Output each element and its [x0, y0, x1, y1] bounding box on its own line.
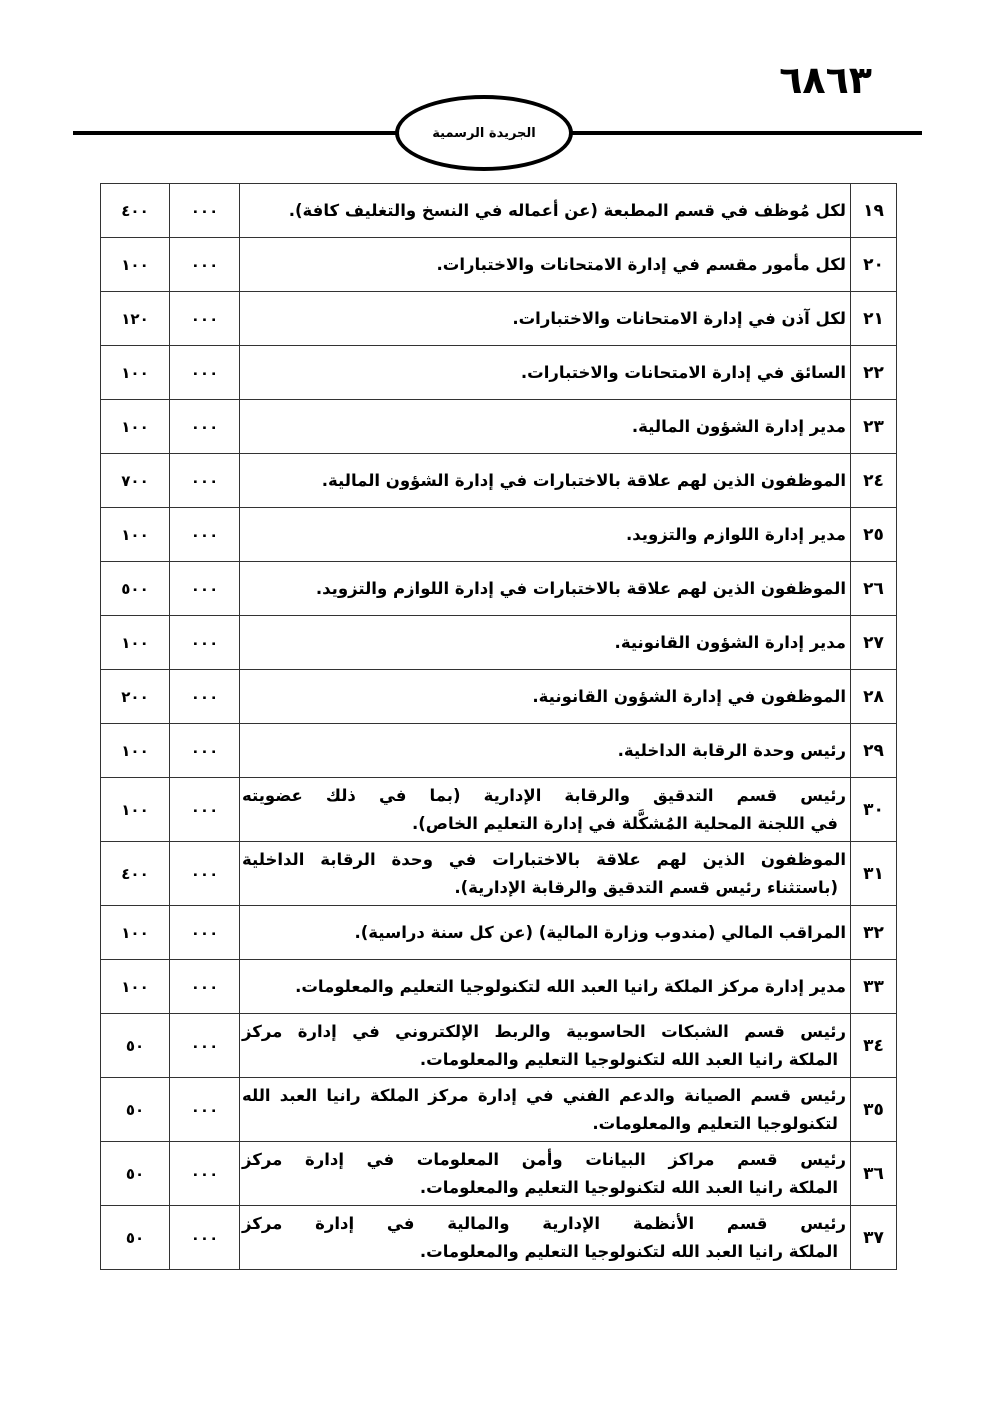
row-number: ٣١	[851, 842, 897, 906]
table-row: ٣٣مدير إدارة مركز الملكة رانيا العبد الل…	[101, 960, 897, 1014]
description-line-1: الموظفون الذين لهم علاقة بالاختبارات في …	[242, 846, 846, 874]
amount-fils: ٠٠٠	[170, 906, 240, 960]
row-description: السائق في إدارة الامتحانات والاختبارات.	[240, 346, 851, 400]
description-line-1: الموظفون الذين لهم علاقة بالاختبارات في …	[316, 579, 846, 598]
amount-fils: ٠٠٠	[170, 616, 240, 670]
table-row: ٣٧رئيس قسم الأنظمة الإدارية والمالية في …	[101, 1206, 897, 1270]
table-row: ٣٠رئيس قسم التدقيق والرقابة الإدارية (بم…	[101, 778, 897, 842]
row-number: ٢٣	[851, 400, 897, 454]
amount-fils: ٠٠٠	[170, 670, 240, 724]
table-row: ٢٨الموظفون في إدارة الشؤون القانونية.٠٠٠…	[101, 670, 897, 724]
table-row: ٣٦رئيس قسم مراكز البيانات وأمن المعلومات…	[101, 1142, 897, 1206]
row-number: ٣٤	[851, 1014, 897, 1078]
description-line-2: لتكنولوجيا التعليم والمعلومات.	[242, 1110, 846, 1138]
row-description: مدير إدارة اللوازم والتزويد.	[240, 508, 851, 562]
amount-fils: ٠٠٠	[170, 400, 240, 454]
description-line-1: رئيس قسم الأنظمة الإدارية والمالية في إد…	[242, 1210, 846, 1238]
table-row: ٢٧مدير إدارة الشؤون القانونية.٠٠٠١٠٠	[101, 616, 897, 670]
description-line-1: لكل مُوظف في قسم المطبعة (عن أعماله في ا…	[289, 201, 846, 220]
row-number: ٣٢	[851, 906, 897, 960]
row-description: رئيس وحدة الرقابة الداخلية.	[240, 724, 851, 778]
amount-dinar: ١٠٠	[101, 906, 170, 960]
description-line-1: رئيس قسم الصيانة والدعم الفني في إدارة م…	[242, 1082, 846, 1110]
description-line-1: المراقب المالي (مندوب وزارة المالية) (عن…	[354, 923, 846, 942]
amount-fils: ٠٠٠	[170, 842, 240, 906]
row-number: ٣٦	[851, 1142, 897, 1206]
table-row: ٢٣مدير إدارة الشؤون المالية.٠٠٠١٠٠	[101, 400, 897, 454]
row-number: ٢٢	[851, 346, 897, 400]
amount-dinar: ٤٠٠	[101, 184, 170, 238]
row-description: الموظفون الذين لهم علاقة بالاختبارات في …	[240, 562, 851, 616]
amount-dinar: ٥٠٠	[101, 562, 170, 616]
description-line-1: السائق في إدارة الامتحانات والاختبارات.	[521, 363, 846, 382]
row-number: ٣٣	[851, 960, 897, 1014]
fees-table: ١٩لكل مُوظف في قسم المطبعة (عن أعماله في…	[100, 183, 897, 1270]
amount-fils: ٠٠٠	[170, 960, 240, 1014]
row-number: ٣٥	[851, 1078, 897, 1142]
row-description: الموظفون الذين لهم علاقة بالاختبارات في …	[240, 842, 851, 906]
amount-dinar: ٧٠٠	[101, 454, 170, 508]
amount-dinar: ١٠٠	[101, 778, 170, 842]
row-number: ٢٦	[851, 562, 897, 616]
row-number: ٣٧	[851, 1206, 897, 1270]
description-line-2: (باستثناء رئيس قسم التدقيق والرقابة الإد…	[242, 874, 846, 902]
row-description: مدير إدارة مركز الملكة رانيا العبد الله …	[240, 960, 851, 1014]
description-line-1: لكل آذن في إدارة الامتحانات والاختبارات.	[512, 309, 846, 328]
amount-fils: ٠٠٠	[170, 1142, 240, 1206]
amount-fils: ٠٠٠	[170, 1206, 240, 1270]
amount-dinar: ٥٠	[101, 1206, 170, 1270]
table-row: ٢٠لكل مأمور مقسم في إدارة الامتحانات وال…	[101, 238, 897, 292]
amount-fils: ٠٠٠	[170, 184, 240, 238]
row-description: رئيس قسم الشبكات الحاسوبية والربط الإلكت…	[240, 1014, 851, 1078]
amount-dinar: ١٠٠	[101, 238, 170, 292]
amount-fils: ٠٠٠	[170, 1014, 240, 1078]
gazette-title: الجريدة الرسمية	[432, 126, 536, 141]
table-row: ٢٩رئيس وحدة الرقابة الداخلية.٠٠٠١٠٠	[101, 724, 897, 778]
amount-dinar: ٥٠	[101, 1142, 170, 1206]
row-description: رئيس قسم التدقيق والرقابة الإدارية (بما …	[240, 778, 851, 842]
table-row: ٢٢السائق في إدارة الامتحانات والاختبارات…	[101, 346, 897, 400]
table-row: ٢٦الموظفون الذين لهم علاقة بالاختبارات ف…	[101, 562, 897, 616]
description-line-1: مدير إدارة الشؤون القانونية.	[615, 633, 846, 652]
table-row: ٣٥رئيس قسم الصيانة والدعم الفني في إدارة…	[101, 1078, 897, 1142]
description-line-1: رئيس وحدة الرقابة الداخلية.	[618, 741, 846, 760]
amount-dinar: ١٠٠	[101, 346, 170, 400]
table-row: ٣١الموظفون الذين لهم علاقة بالاختبارات ف…	[101, 842, 897, 906]
description-line-1: لكل مأمور مقسم في إدارة الامتحانات والاخ…	[436, 255, 846, 274]
row-number: ٢٨	[851, 670, 897, 724]
amount-dinar: ١٠٠	[101, 400, 170, 454]
amount-fils: ٠٠٠	[170, 778, 240, 842]
table-row: ٢١لكل آذن في إدارة الامتحانات والاختبارا…	[101, 292, 897, 346]
description-line-1: مدير إدارة مركز الملكة رانيا العبد الله …	[295, 977, 846, 996]
table-row: ٣٤رئيس قسم الشبكات الحاسوبية والربط الإل…	[101, 1014, 897, 1078]
description-line-1: رئيس قسم الشبكات الحاسوبية والربط الإلكت…	[242, 1018, 846, 1046]
amount-dinar: ٥٠	[101, 1078, 170, 1142]
row-description: المراقب المالي (مندوب وزارة المالية) (عن…	[240, 906, 851, 960]
table-row: ٢٥مدير إدارة اللوازم والتزويد.٠٠٠١٠٠	[101, 508, 897, 562]
row-number: ١٩	[851, 184, 897, 238]
amount-fils: ٠٠٠	[170, 292, 240, 346]
description-line-1: رئيس قسم مراكز البيانات وأمن المعلومات ف…	[242, 1146, 846, 1174]
row-description: لكل مُوظف في قسم المطبعة (عن أعماله في ا…	[240, 184, 851, 238]
amount-fils: ٠٠٠	[170, 1078, 240, 1142]
row-number: ٢٥	[851, 508, 897, 562]
description-line-1: مدير إدارة الشؤون المالية.	[632, 417, 846, 436]
row-description: لكل آذن في إدارة الامتحانات والاختبارات.	[240, 292, 851, 346]
row-number: ٣٠	[851, 778, 897, 842]
row-description: مدير إدارة الشؤون القانونية.	[240, 616, 851, 670]
description-line-2: الملكة رانيا العبد الله لتكنولوجيا التعل…	[242, 1174, 846, 1202]
row-description: رئيس قسم الصيانة والدعم الفني في إدارة م…	[240, 1078, 851, 1142]
row-description: مدير إدارة الشؤون المالية.	[240, 400, 851, 454]
gazette-title-ellipse: الجريدة الرسمية	[395, 95, 573, 171]
description-line-2: في اللجنة المحلية المُشكَّلة في إدارة ال…	[242, 810, 846, 838]
table-row: ١٩لكل مُوظف في قسم المطبعة (عن أعماله في…	[101, 184, 897, 238]
amount-fils: ٠٠٠	[170, 508, 240, 562]
description-line-1: رئيس قسم التدقيق والرقابة الإدارية (بما …	[242, 782, 846, 810]
amount-fils: ٠٠٠	[170, 238, 240, 292]
row-number: ٢٧	[851, 616, 897, 670]
page-number: ٦٨٦٣	[779, 58, 872, 102]
amount-fils: ٠٠٠	[170, 346, 240, 400]
amount-dinar: ١٠٠	[101, 508, 170, 562]
description-line-2: الملكة رانيا العبد الله لتكنولوجيا التعل…	[242, 1046, 846, 1074]
amount-dinar: ١٢٠	[101, 292, 170, 346]
amount-dinar: ١٠٠	[101, 724, 170, 778]
row-number: ٢١	[851, 292, 897, 346]
row-number: ٢٩	[851, 724, 897, 778]
description-line-1: الموظفون الذين لهم علاقة بالاختبارات في …	[322, 471, 846, 490]
amount-fils: ٠٠٠	[170, 454, 240, 508]
row-number: ٢٤	[851, 454, 897, 508]
amount-dinar: ١٠٠	[101, 960, 170, 1014]
amount-dinar: ٥٠	[101, 1014, 170, 1078]
row-description: الموظفون الذين لهم علاقة بالاختبارات في …	[240, 454, 851, 508]
row-description: رئيس قسم الأنظمة الإدارية والمالية في إد…	[240, 1206, 851, 1270]
amount-fils: ٠٠٠	[170, 724, 240, 778]
amount-fils: ٠٠٠	[170, 562, 240, 616]
row-description: رئيس قسم مراكز البيانات وأمن المعلومات ف…	[240, 1142, 851, 1206]
row-description: لكل مأمور مقسم في إدارة الامتحانات والاخ…	[240, 238, 851, 292]
description-line-1: الموظفون في إدارة الشؤون القانونية.	[532, 687, 846, 706]
row-description: الموظفون في إدارة الشؤون القانونية.	[240, 670, 851, 724]
amount-dinar: ١٠٠	[101, 616, 170, 670]
table-row: ٣٢المراقب المالي (مندوب وزارة المالية) (…	[101, 906, 897, 960]
description-line-1: مدير إدارة اللوازم والتزويد.	[626, 525, 846, 544]
table-row: ٢٤الموظفون الذين لهم علاقة بالاختبارات ف…	[101, 454, 897, 508]
description-line-2: الملكة رانيا العبد الله لتكنولوجيا التعل…	[242, 1238, 846, 1266]
amount-dinar: ٢٠٠	[101, 670, 170, 724]
amount-dinar: ٤٠٠	[101, 842, 170, 906]
row-number: ٢٠	[851, 238, 897, 292]
